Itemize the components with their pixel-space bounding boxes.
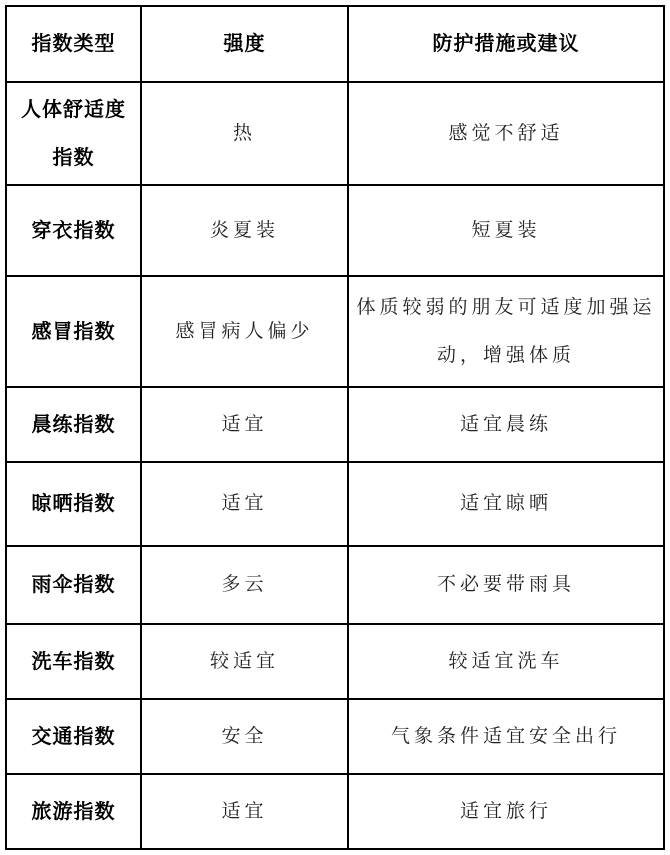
cell-advice: 体质较弱的朋友可适度加强运 动，增强体质 — [348, 276, 664, 387]
cell-index-type: 感冒指数 — [6, 276, 141, 387]
table-row: 晨练指数 适宜 适宜晨练 — [6, 387, 664, 462]
cell-advice: 不必要带雨具 — [348, 546, 664, 624]
cell-strength: 炎夏装 — [141, 185, 348, 276]
cell-strength: 热 — [141, 82, 348, 185]
cell-strength: 适宜 — [141, 774, 348, 849]
header-cell-index-type: 指数类型 — [6, 6, 141, 82]
header-cell-strength: 强度 — [141, 6, 348, 82]
table-row: 人体舒适度 指数 热 感觉不舒适 — [6, 82, 664, 185]
cell-strength: 感冒病人偏少 — [141, 276, 348, 387]
table-row: 晾晒指数 适宜 适宜晾晒 — [6, 462, 664, 546]
cell-advice: 适宜晨练 — [348, 387, 664, 462]
table-row: 感冒指数 感冒病人偏少 体质较弱的朋友可适度加强运 动，增强体质 — [6, 276, 664, 387]
cell-advice: 短夏装 — [348, 185, 664, 276]
table-row: 雨伞指数 多云 不必要带雨具 — [6, 546, 664, 624]
cell-index-type: 洗车指数 — [6, 624, 141, 699]
table-header-row: 指数类型 强度 防护措施或建议 — [6, 6, 664, 82]
cell-index-type: 穿衣指数 — [6, 185, 141, 276]
cell-strength: 适宜 — [141, 387, 348, 462]
document-page: 指数类型 强度 防护措施或建议 人体舒适度 指数 热 感觉不舒适 穿衣指数 炎夏… — [0, 0, 670, 855]
cell-advice: 气象条件适宜安全出行 — [348, 699, 664, 774]
cell-strength: 较适宜 — [141, 624, 348, 699]
cell-index-type: 晨练指数 — [6, 387, 141, 462]
header-cell-advice: 防护措施或建议 — [348, 6, 664, 82]
cell-index-type: 旅游指数 — [6, 774, 141, 849]
cell-advice: 适宜晾晒 — [348, 462, 664, 546]
cell-index-type: 雨伞指数 — [6, 546, 141, 624]
cell-index-type: 交通指数 — [6, 699, 141, 774]
weather-index-table: 指数类型 强度 防护措施或建议 人体舒适度 指数 热 感觉不舒适 穿衣指数 炎夏… — [5, 5, 665, 850]
cell-index-type: 人体舒适度 指数 — [6, 82, 141, 185]
table-row: 交通指数 安全 气象条件适宜安全出行 — [6, 699, 664, 774]
cell-strength: 适宜 — [141, 462, 348, 546]
cell-advice: 感觉不舒适 — [348, 82, 664, 185]
table-row: 穿衣指数 炎夏装 短夏装 — [6, 185, 664, 276]
table-row: 洗车指数 较适宜 较适宜洗车 — [6, 624, 664, 699]
table-row: 旅游指数 适宜 适宜旅行 — [6, 774, 664, 849]
cell-advice: 较适宜洗车 — [348, 624, 664, 699]
cell-index-type: 晾晒指数 — [6, 462, 141, 546]
cell-advice: 适宜旅行 — [348, 774, 664, 849]
cell-strength: 安全 — [141, 699, 348, 774]
cell-strength: 多云 — [141, 546, 348, 624]
